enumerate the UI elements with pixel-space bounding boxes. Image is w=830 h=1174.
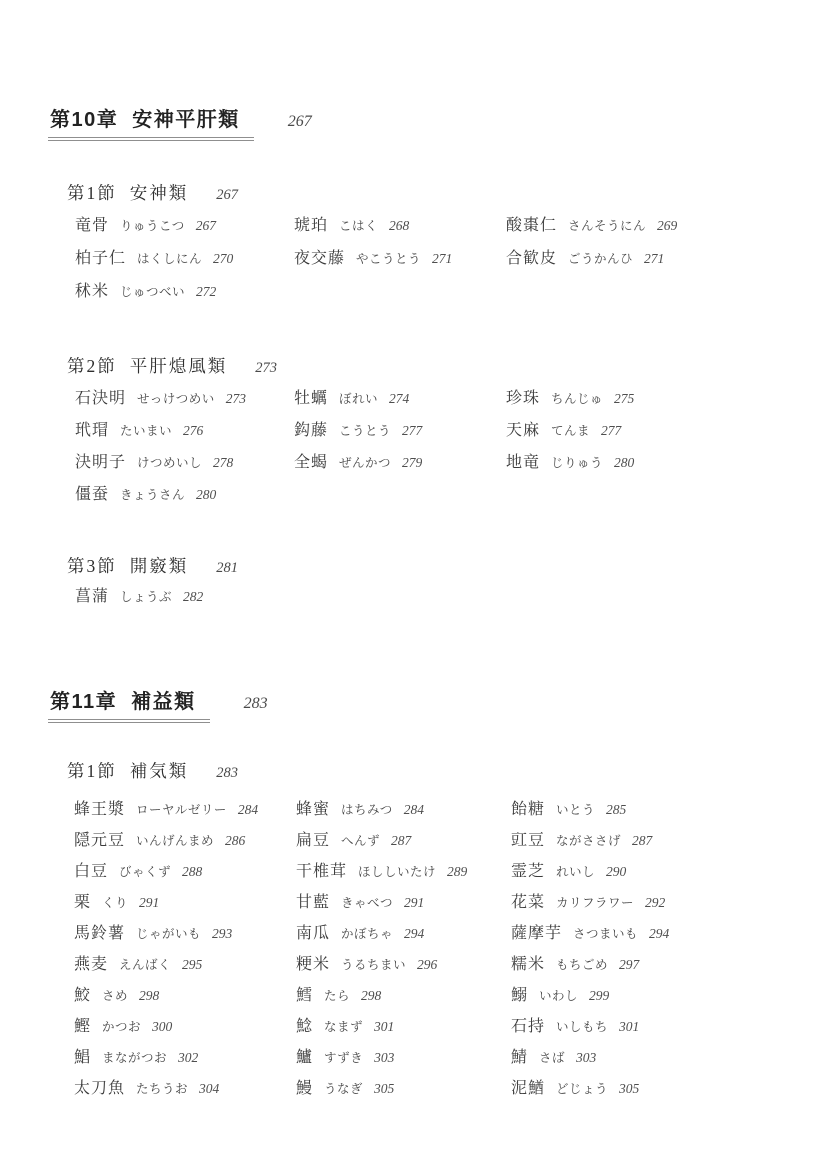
entry-page-number: 297 bbox=[619, 957, 639, 973]
entry-term: 栗 bbox=[74, 889, 91, 912]
section-page-number: 283 bbox=[216, 765, 238, 782]
entry-term: 竜骨 bbox=[75, 212, 109, 235]
toc-entry: 栗くり291 bbox=[74, 889, 296, 920]
entry-page-number: 271 bbox=[644, 251, 664, 267]
entry-page-number: 278 bbox=[213, 455, 233, 471]
entry-term: 豇豆 bbox=[511, 827, 545, 850]
entry-term: 馬鈴薯 bbox=[74, 920, 125, 943]
toc-entry: 決明子けつめいし278 bbox=[75, 449, 294, 481]
entry-page-number: 305 bbox=[374, 1081, 394, 1097]
entry-page-number: 301 bbox=[374, 1019, 394, 1035]
entry-reading: ちんじゅ bbox=[551, 389, 603, 407]
toc-entry: 鯰なまず301 bbox=[296, 1013, 511, 1044]
toc-entry: 飴糖いとう285 bbox=[511, 796, 669, 827]
entry-reading: はくしにん bbox=[137, 249, 202, 267]
entry-term: 粳米 bbox=[296, 951, 330, 974]
entry-term: 花菜 bbox=[511, 889, 545, 912]
section-title: 平肝熄風類 bbox=[130, 353, 228, 378]
toc-entry: 鱸すずき303 bbox=[296, 1044, 511, 1075]
entry-reading: ごうかんひ bbox=[568, 249, 633, 267]
entry-page-number: 305 bbox=[619, 1081, 639, 1097]
toc-entry: 竜骨りゅうこつ267 bbox=[75, 212, 294, 245]
toc-page: 第10章安神平肝類267第1節安神類267竜骨りゅうこつ267柏子仁はくしにん2… bbox=[0, 0, 830, 1174]
entry-reading: へんず bbox=[341, 831, 380, 849]
entry-page-number: 279 bbox=[402, 455, 422, 471]
toc-entry: 鮫さめ298 bbox=[74, 982, 296, 1013]
entry-term: 地竜 bbox=[506, 449, 540, 472]
toc-entry: 泥鰌どじょう305 bbox=[511, 1075, 669, 1106]
entry-reading: きゃべつ bbox=[341, 893, 393, 911]
entry-reading: どじょう bbox=[556, 1079, 608, 1097]
toc-entry: 鯧まながつお302 bbox=[74, 1044, 296, 1075]
entry-term: 蜂蜜 bbox=[296, 796, 330, 819]
entry-page-number: 268 bbox=[389, 218, 409, 234]
entry-reading: しょうぶ bbox=[120, 587, 172, 605]
entry-reading: ローヤルゼリー bbox=[136, 800, 227, 818]
section-title: 開竅類 bbox=[130, 553, 189, 578]
toc-entry: 全蝎ぜんかつ279 bbox=[294, 449, 506, 481]
entry-page-number: 291 bbox=[404, 895, 424, 911]
section-entry-list: 竜骨りゅうこつ267柏子仁はくしにん270秫米じゅつべい272琥珀こはく268夜… bbox=[75, 212, 677, 311]
entry-reading: やこうとう bbox=[356, 249, 421, 267]
entry-reading: りゅうこつ bbox=[120, 216, 185, 234]
entry-page-number: 303 bbox=[576, 1050, 596, 1066]
section-page-number: 281 bbox=[216, 560, 238, 577]
entry-term: 太刀魚 bbox=[74, 1075, 125, 1098]
entry-reading: たちうお bbox=[136, 1079, 188, 1097]
entry-reading: きょうさん bbox=[120, 485, 185, 503]
entry-page-number: 301 bbox=[619, 1019, 639, 1035]
entry-term: 玳瑁 bbox=[75, 417, 109, 440]
entry-reading: かつお bbox=[102, 1017, 141, 1035]
toc-entry: 鯖さば303 bbox=[511, 1044, 669, 1075]
entry-page-number: 274 bbox=[389, 391, 409, 407]
entry-term: 菖蒲 bbox=[75, 583, 109, 606]
toc-entry: 鈎藤こうとう277 bbox=[294, 417, 506, 449]
chapter-title: 補益類 bbox=[131, 691, 196, 713]
entry-term: 僵蚕 bbox=[75, 481, 109, 504]
entry-page-number: 304 bbox=[199, 1081, 219, 1097]
toc-entry: 合歓皮ごうかんひ271 bbox=[506, 245, 677, 278]
entry-page-number: 295 bbox=[182, 957, 202, 973]
toc-entry: 鰹かつお300 bbox=[74, 1013, 296, 1044]
toc-entry: 蜂王漿ローヤルゼリー284 bbox=[74, 796, 296, 827]
chapter-number-label: 第11章 bbox=[50, 691, 117, 713]
section-heading: 第3節開竅類281 bbox=[67, 553, 238, 578]
entry-page-number: 300 bbox=[152, 1019, 172, 1035]
entry-page-number: 272 bbox=[196, 284, 216, 300]
entry-page-number: 296 bbox=[417, 957, 437, 973]
entry-page-number: 277 bbox=[402, 423, 422, 439]
entry-reading: はちみつ bbox=[341, 800, 393, 818]
entry-reading: いしもち bbox=[556, 1017, 608, 1035]
entry-page-number: 293 bbox=[212, 926, 232, 942]
toc-entry: 糯米もちごめ297 bbox=[511, 951, 669, 982]
entry-term: 鰯 bbox=[511, 982, 528, 1005]
entry-page-number: 280 bbox=[196, 487, 216, 503]
entry-reading: うるちまい bbox=[341, 955, 406, 973]
entry-page-number: 286 bbox=[225, 833, 245, 849]
entry-page-number: 289 bbox=[447, 864, 467, 880]
entry-term: 糯米 bbox=[511, 951, 545, 974]
toc-entry: 馬鈴薯じゃがいも293 bbox=[74, 920, 296, 951]
entry-reading: たら bbox=[324, 986, 350, 1004]
entry-reading: まながつお bbox=[102, 1048, 167, 1066]
toc-entry: 扁豆へんず287 bbox=[296, 827, 511, 858]
entry-page-number: 275 bbox=[614, 391, 634, 407]
entry-page-number: 269 bbox=[657, 218, 677, 234]
toc-entry: 秫米じゅつべい272 bbox=[75, 278, 294, 311]
entry-term: 酸棗仁 bbox=[506, 212, 557, 235]
entry-page-number: 267 bbox=[196, 218, 216, 234]
toc-entry: 天麻てんま277 bbox=[506, 417, 634, 449]
entry-reading: びゃくず bbox=[119, 862, 171, 880]
entry-reading: ほししいたけ bbox=[358, 862, 436, 880]
entry-page-number: 287 bbox=[632, 833, 652, 849]
entry-reading: さんそうにん bbox=[568, 216, 646, 234]
section-number-label: 第1節 bbox=[67, 180, 117, 205]
entry-term: 隠元豆 bbox=[74, 827, 125, 850]
entry-page-number: 284 bbox=[404, 802, 424, 818]
entry-page-number: 294 bbox=[404, 926, 424, 942]
entry-reading: ながささげ bbox=[556, 831, 621, 849]
toc-entry: 燕麦えんばく295 bbox=[74, 951, 296, 982]
section-entry-list: 菖蒲しょうぶ282 bbox=[75, 583, 506, 615]
entry-term: 牡蠣 bbox=[294, 385, 328, 408]
entry-term: 白豆 bbox=[74, 858, 108, 881]
entry-reading: ぜんかつ bbox=[339, 453, 391, 471]
toc-entry: 隠元豆いんげんまめ286 bbox=[74, 827, 296, 858]
entry-term: 鰹 bbox=[74, 1013, 91, 1036]
toc-entry: 霊芝れいし290 bbox=[511, 858, 669, 889]
entry-reading: さば bbox=[539, 1048, 565, 1066]
section-entry-list: 石決明せっけつめい273玳瑁たいまい276決明子けつめいし278僵蚕きょうさん2… bbox=[75, 385, 634, 513]
entry-reading: じりゅう bbox=[551, 453, 603, 471]
entry-reading: いとう bbox=[556, 800, 595, 818]
entry-page-number: 277 bbox=[601, 423, 621, 439]
entry-term: 南瓜 bbox=[296, 920, 330, 943]
entry-page-number: 290 bbox=[606, 864, 626, 880]
entry-term: 全蝎 bbox=[294, 449, 328, 472]
entry-page-number: 294 bbox=[649, 926, 669, 942]
entry-page-number: 303 bbox=[374, 1050, 394, 1066]
entry-term: 薩摩芋 bbox=[511, 920, 562, 943]
entry-term: 鮫 bbox=[74, 982, 91, 1005]
toc-entry: 豇豆ながささげ287 bbox=[511, 827, 669, 858]
entry-page-number: 298 bbox=[361, 988, 381, 1004]
section-number-label: 第3節 bbox=[67, 553, 117, 578]
entry-term: 鯧 bbox=[74, 1044, 91, 1067]
toc-entry: 鰯いわし299 bbox=[511, 982, 669, 1013]
entry-reading: すずき bbox=[324, 1048, 363, 1066]
toc-entry: 太刀魚たちうお304 bbox=[74, 1075, 296, 1106]
entry-term: 鱈 bbox=[296, 982, 313, 1005]
entry-reading: なまず bbox=[324, 1017, 363, 1035]
entry-reading: たいまい bbox=[120, 421, 172, 439]
entry-reading: こうとう bbox=[339, 421, 391, 439]
chapter-heading: 第11章補益類283 bbox=[48, 685, 268, 723]
entry-reading: じゃがいも bbox=[136, 924, 201, 942]
entry-reading: さめ bbox=[102, 986, 128, 1004]
toc-entry: 石決明せっけつめい273 bbox=[75, 385, 294, 417]
entry-reading: うなぎ bbox=[324, 1079, 363, 1097]
section-title: 安神類 bbox=[130, 180, 189, 205]
entry-reading: けつめいし bbox=[137, 453, 202, 471]
section-page-number: 267 bbox=[216, 187, 238, 204]
entry-page-number: 282 bbox=[183, 589, 203, 605]
toc-entry: 白豆びゃくず288 bbox=[74, 858, 296, 889]
toc-entry: 柏子仁はくしにん270 bbox=[75, 245, 294, 278]
chapter-heading: 第10章安神平肝類267 bbox=[48, 103, 312, 141]
toc-entry: 玳瑁たいまい276 bbox=[75, 417, 294, 449]
entry-term: 霊芝 bbox=[511, 858, 545, 881]
entry-term: 鯰 bbox=[296, 1013, 313, 1036]
entry-reading: えんばく bbox=[119, 955, 171, 973]
entry-reading: てんま bbox=[551, 421, 590, 439]
entry-term: 夜交藤 bbox=[294, 245, 345, 268]
toc-entry: 地竜じりゅう280 bbox=[506, 449, 634, 481]
toc-entry: 僵蚕きょうさん280 bbox=[75, 481, 294, 513]
section-page-number: 273 bbox=[255, 360, 277, 377]
entry-reading: せっけつめい bbox=[137, 389, 215, 407]
toc-entry: 薩摩芋さつまいも294 bbox=[511, 920, 669, 951]
toc-entry: 南瓜かぼちゃ294 bbox=[296, 920, 511, 951]
toc-entry: 粳米うるちまい296 bbox=[296, 951, 511, 982]
entry-page-number: 273 bbox=[226, 391, 246, 407]
chapter-page-number: 283 bbox=[244, 695, 268, 713]
entry-term: 合歓皮 bbox=[506, 245, 557, 268]
entry-page-number: 288 bbox=[182, 864, 202, 880]
toc-entry: 夜交藤やこうとう271 bbox=[294, 245, 506, 278]
chapter-heading-underline: 第10章安神平肝類 bbox=[48, 103, 254, 141]
entry-page-number: 280 bbox=[614, 455, 634, 471]
section-number-label: 第2節 bbox=[67, 353, 117, 378]
section-heading: 第1節安神類267 bbox=[67, 180, 238, 205]
entry-term: 柏子仁 bbox=[75, 245, 126, 268]
toc-entry: 酸棗仁さんそうにん269 bbox=[506, 212, 677, 245]
entry-reading: いんげんまめ bbox=[136, 831, 214, 849]
entry-reading: ぼれい bbox=[339, 389, 378, 407]
entry-term: 干椎茸 bbox=[296, 858, 347, 881]
entry-term: 鈎藤 bbox=[294, 417, 328, 440]
entry-page-number: 292 bbox=[645, 895, 665, 911]
chapter-page-number: 267 bbox=[288, 113, 312, 131]
chapter-heading-underline: 第11章補益類 bbox=[48, 685, 210, 723]
toc-entry: 石持いしもち301 bbox=[511, 1013, 669, 1044]
chapter-number-label: 第10章 bbox=[50, 109, 118, 131]
entry-page-number: 291 bbox=[139, 895, 159, 911]
entry-reading: もちごめ bbox=[556, 955, 608, 973]
entry-reading: れいし bbox=[556, 862, 595, 880]
entry-page-number: 285 bbox=[606, 802, 626, 818]
entry-term: 石持 bbox=[511, 1013, 545, 1036]
chapter-title: 安神平肝類 bbox=[132, 109, 240, 131]
entry-page-number: 276 bbox=[183, 423, 203, 439]
entry-reading: さつまいも bbox=[573, 924, 638, 942]
entry-reading: じゅつべい bbox=[120, 282, 185, 300]
entry-reading: こはく bbox=[339, 216, 378, 234]
entry-term: 秫米 bbox=[75, 278, 109, 301]
entry-page-number: 287 bbox=[391, 833, 411, 849]
entry-term: 蜂王漿 bbox=[74, 796, 125, 819]
entry-term: 泥鰌 bbox=[511, 1075, 545, 1098]
entry-term: 天麻 bbox=[506, 417, 540, 440]
entry-term: 鱸 bbox=[296, 1044, 313, 1067]
entry-page-number: 299 bbox=[589, 988, 609, 1004]
entry-term: 決明子 bbox=[75, 449, 126, 472]
entry-page-number: 284 bbox=[238, 802, 258, 818]
toc-entry: 鱈たら298 bbox=[296, 982, 511, 1013]
section-heading: 第1節補気類283 bbox=[67, 758, 238, 783]
entry-term: 琥珀 bbox=[294, 212, 328, 235]
entry-term: 石決明 bbox=[75, 385, 126, 408]
entry-term: 甘藍 bbox=[296, 889, 330, 912]
toc-entry: 花菜カリフラワー292 bbox=[511, 889, 669, 920]
entry-page-number: 271 bbox=[432, 251, 452, 267]
entry-term: 珍珠 bbox=[506, 385, 540, 408]
entry-reading: いわし bbox=[539, 986, 578, 1004]
entry-page-number: 302 bbox=[178, 1050, 198, 1066]
section-number-label: 第1節 bbox=[67, 758, 117, 783]
entry-reading: カリフラワー bbox=[556, 893, 634, 911]
toc-entry: 干椎茸ほししいたけ289 bbox=[296, 858, 511, 889]
toc-entry: 鰻うなぎ305 bbox=[296, 1075, 511, 1106]
toc-entry: 菖蒲しょうぶ282 bbox=[75, 583, 294, 615]
entry-reading: かぼちゃ bbox=[341, 924, 393, 942]
entry-page-number: 298 bbox=[139, 988, 159, 1004]
toc-entry: 蜂蜜はちみつ284 bbox=[296, 796, 511, 827]
toc-entry: 珍珠ちんじゅ275 bbox=[506, 385, 634, 417]
entry-term: 飴糖 bbox=[511, 796, 545, 819]
entry-term: 燕麦 bbox=[74, 951, 108, 974]
entry-term: 鰻 bbox=[296, 1075, 313, 1098]
entry-reading: くり bbox=[102, 893, 128, 911]
section-entry-list: 蜂王漿ローヤルゼリー284隠元豆いんげんまめ286白豆びゃくず288栗くり291… bbox=[74, 796, 669, 1106]
toc-entry: 牡蠣ぼれい274 bbox=[294, 385, 506, 417]
entry-term: 鯖 bbox=[511, 1044, 528, 1067]
entry-term: 扁豆 bbox=[296, 827, 330, 850]
section-title: 補気類 bbox=[130, 758, 189, 783]
toc-entry: 琥珀こはく268 bbox=[294, 212, 506, 245]
section-heading: 第2節平肝熄風類273 bbox=[67, 353, 277, 378]
entry-page-number: 270 bbox=[213, 251, 233, 267]
toc-entry: 甘藍きゃべつ291 bbox=[296, 889, 511, 920]
